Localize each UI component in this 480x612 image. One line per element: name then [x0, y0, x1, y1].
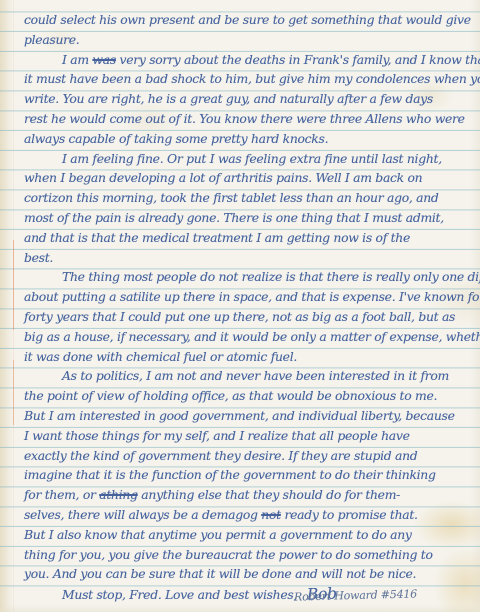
letter-line: thing for you, you give the bureaucrat t…: [0, 545, 480, 565]
letter-line: the point of view of holding office, as …: [0, 386, 480, 406]
line-text: selves, there will always be a demagog: [24, 507, 261, 522]
line-text: ready to promise that.: [281, 507, 418, 522]
struck-word: athing: [99, 487, 137, 502]
letter-line: you. And you can be sure that it will be…: [0, 564, 480, 584]
letter-line: most of the pain is already gone. There …: [0, 208, 480, 228]
line-text: I am: [62, 52, 92, 67]
letter-line: for them, or athing anything else that t…: [0, 485, 480, 505]
letter-line: and that is that the medical treatment I…: [0, 228, 480, 248]
letter-line: could select his own present and be sure…: [0, 10, 480, 30]
letter-line: rest he would come out of it. You know t…: [0, 109, 480, 129]
letter-line: I am feeling fine. Or put I was feeling …: [0, 149, 480, 169]
letter-line: when I began developing a lot of arthrit…: [0, 168, 480, 188]
letter-line: cortizon this morning, took the first ta…: [0, 188, 480, 208]
letter-line: I want those things for my self, and I r…: [0, 426, 480, 446]
letter-line: about putting a satilite up there in spa…: [0, 287, 480, 307]
letter-line: always capable of taking some pretty har…: [0, 129, 480, 149]
letter-line: As to politics, I am not and never have …: [0, 366, 480, 386]
letter-body: could select his own present and be sure…: [0, 10, 480, 604]
struck-word: not: [261, 507, 281, 522]
struck-word: was: [92, 52, 115, 67]
letter-line: selves, there will always be a demagog n…: [0, 505, 480, 525]
line-text: very sorry about the deaths in Frank's f…: [116, 52, 480, 67]
letter-line: pleasure.: [0, 30, 480, 50]
letter-line: But I am interested in good government, …: [0, 406, 480, 426]
letter-line: I am was very sorry about the deaths in …: [0, 50, 480, 70]
letter-line: imagine that it is the function of the g…: [0, 465, 480, 485]
letter-line: it must have been a bad shock to him, bu…: [0, 69, 480, 89]
letter-line: write. You are right, he is a great guy,…: [0, 89, 480, 109]
letter-line: The thing most people do not realize is …: [0, 267, 480, 287]
line-text: anything else that they should do for th…: [138, 487, 400, 502]
letter-line: it was done with chemical fuel or atomic…: [0, 347, 480, 367]
letter-line: best.: [0, 248, 480, 268]
letter-page: could select his own present and be sure…: [0, 0, 480, 612]
letter-line: forty years that I could put one up ther…: [0, 307, 480, 327]
letter-line: big as a house, if necessary, and it wou…: [0, 327, 480, 347]
line-text: for them, or: [24, 487, 99, 502]
closing-text: Must stop, Fred. Love and best wishes,: [62, 587, 297, 602]
letter-line: exactly the kind of government they desi…: [0, 446, 480, 466]
letter-line: But I also know that anytime you permit …: [0, 525, 480, 545]
